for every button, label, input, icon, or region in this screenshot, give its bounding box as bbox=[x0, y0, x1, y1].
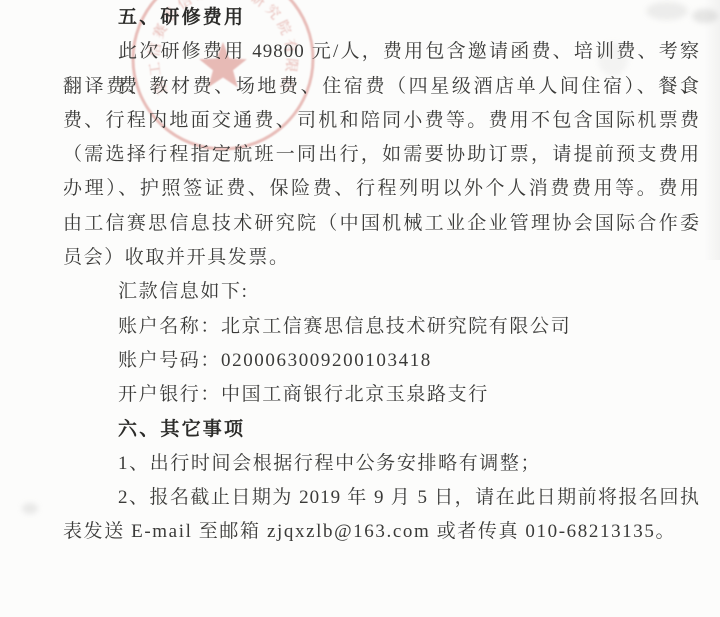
doc-line-fee-para-2: 翻译费、教材费、场地费、住宿费（四星级酒店单人间住宿）、餐食 bbox=[63, 70, 700, 104]
doc-line-other-item-2a: 2、报名截止日期为 2019 年 9 月 5 日，请在此日期前将报名回执 bbox=[63, 481, 700, 515]
doc-line-other-item-1: 1、出行时间会根据行程中公务安排略有调整； bbox=[63, 447, 700, 481]
scan-edge-shade bbox=[704, 0, 720, 260]
doc-line-fee-para-4: （需选择行程指定航班一同出行，如需要协助订票，请提前预支费用 bbox=[63, 138, 700, 172]
doc-line-remit-intro: 汇款信息如下: bbox=[63, 275, 700, 309]
document-lines: 五、研修费用此次研修费用 49800 元/人，费用包含邀请函费、培训费、考察费、… bbox=[63, 1, 700, 550]
doc-line-account-number: 账户号码：0200063009200103418 bbox=[63, 344, 700, 378]
doc-line-heading-6: 六、其它事项 bbox=[63, 413, 700, 447]
doc-line-bank-name: 开户银行：中国工商银行北京玉泉路支行 bbox=[63, 378, 700, 412]
scan-smudge bbox=[646, 2, 688, 20]
scan-smudge bbox=[22, 503, 38, 514]
doc-line-other-item-2b: 表发送 E-mail 至邮箱 zjqxzlb@163.com 或者传真 010-… bbox=[63, 515, 700, 549]
doc-line-fee-para-5: 办理）、护照签证费、保险费、行程列明以外个人消费费用等。费用 bbox=[63, 172, 700, 206]
doc-line-fee-para-6: 由工信赛思信息技术研究院（中国机械工业企业管理协会国际合作委 bbox=[63, 207, 700, 241]
document-page: 北京工信赛思信息技术研究院有限公司 五、研修费用此次研修费用 49800 元/人… bbox=[0, 0, 720, 617]
doc-line-heading-5: 五、研修费用 bbox=[63, 1, 700, 35]
doc-line-account-name: 账户名称：北京工信赛思信息技术研究院有限公司 bbox=[63, 310, 700, 344]
scan-smudge bbox=[598, 42, 628, 76]
doc-line-fee-para-3: 费、行程内地面交通费、司机和陪同小费等。费用不包含国际机票费 bbox=[63, 104, 700, 138]
doc-line-fee-para-7: 员会）收取并开具发票。 bbox=[63, 241, 700, 275]
